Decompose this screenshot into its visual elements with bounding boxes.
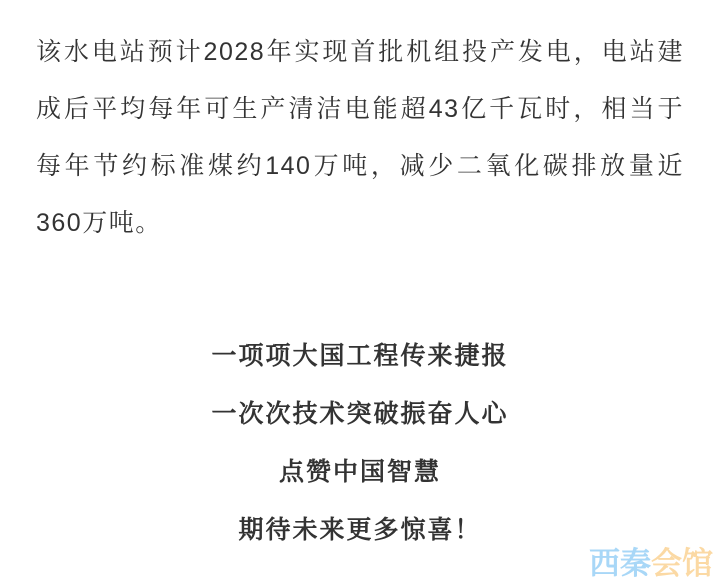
article-body: 该水电站预计2028年实现首批机组投产发电，电站建 成后平均每年可生产清洁电能超… <box>0 24 720 559</box>
slogan-line: 一项项大国工程传来捷报 <box>36 327 684 385</box>
watermark-part-blue: 西秦 <box>589 546 651 581</box>
paragraph-line: 每年节约标准煤约140万吨，减少二氧化碳排放量近 <box>36 138 684 195</box>
slogan-line: 点赞中国智慧 <box>36 443 684 501</box>
article-paragraph: 该水电站预计2028年实现首批机组投产发电，电站建 成后平均每年可生产清洁电能超… <box>36 24 684 252</box>
watermark-part-orange: 会馆 <box>651 546 713 581</box>
paragraph-line: 该水电站预计2028年实现首批机组投产发电，电站建 <box>36 24 684 81</box>
watermark: 西秦会馆 <box>589 548 713 579</box>
paragraph-line: 360万吨。 <box>36 195 684 252</box>
slogan-line: 期待未来更多惊喜！ <box>36 501 684 559</box>
paragraph-line: 成后平均每年可生产清洁电能超43亿千瓦时，相当于 <box>36 81 684 138</box>
slogan-block: 一项项大国工程传来捷报 一次次技术突破振奋人心 点赞中国智慧 期待未来更多惊喜！ <box>36 327 684 559</box>
slogan-line: 一次次技术突破振奋人心 <box>36 385 684 443</box>
